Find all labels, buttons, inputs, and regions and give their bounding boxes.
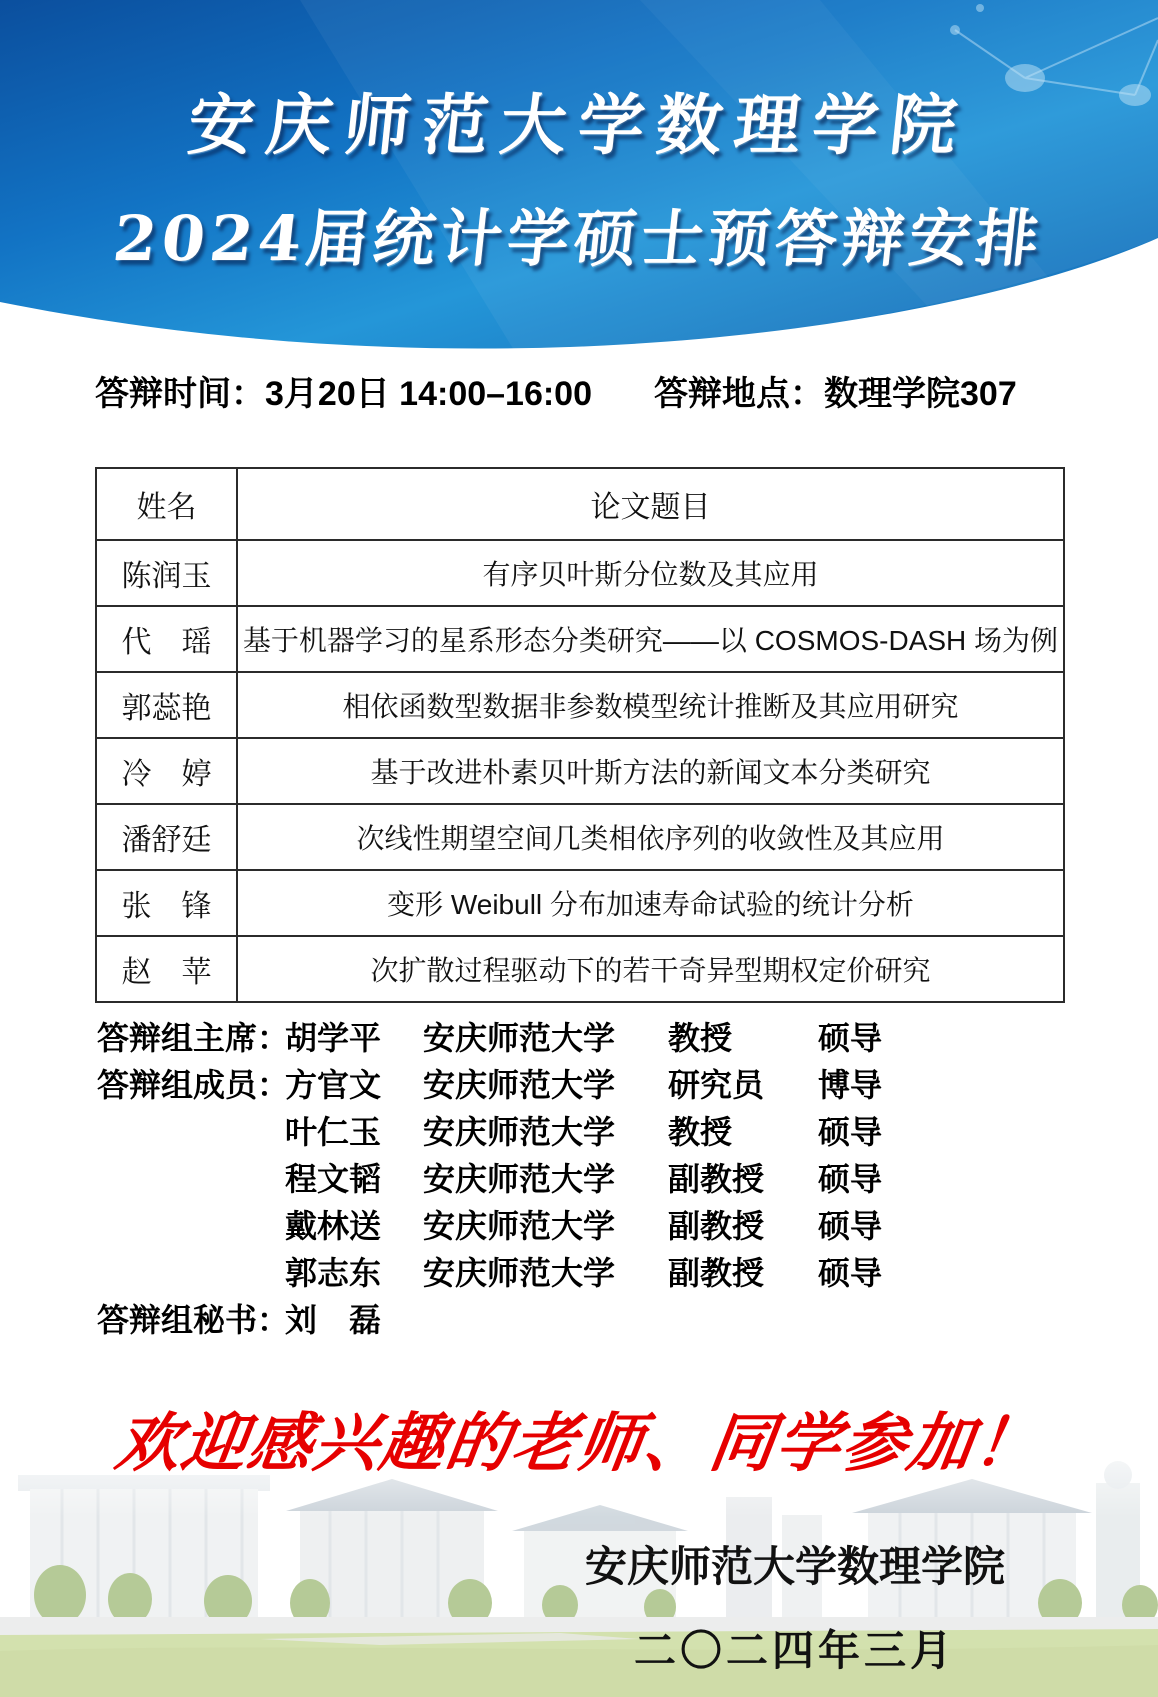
table-row: 冷 婷 基于改进朴素贝叶斯方法的新闻文本分类研究 [96, 738, 1064, 804]
committee-member-name: 方官文 [285, 1060, 423, 1106]
committee-member-affiliation: 安庆师范大学 [423, 1013, 668, 1059]
student-name: 张 锋 [96, 870, 237, 936]
committee-member-supervisor: 硕导 [818, 1154, 908, 1200]
committee-member-supervisor: 硕导 [818, 1201, 908, 1247]
committee-member-affiliation: 安庆师范大学 [423, 1154, 668, 1200]
committee-member-title: 研究员 [668, 1060, 818, 1106]
defense-location-label: 答辩地点： [654, 375, 824, 413]
student-name: 潘舒廷 [96, 804, 237, 870]
thesis-title: 基于改进朴素贝叶斯方法的新闻文本分类研究 [237, 738, 1064, 804]
committee-row: 答辩组秘书： 刘 磊 [97, 1294, 908, 1341]
table-row: 代 瑶 基于机器学习的星系形态分类研究——以 COSMOS-DASH 场为例 [96, 606, 1064, 672]
committee-row: 答辩组主席： 胡学平 安庆师范大学 教授 硕导 [97, 1012, 908, 1059]
committee-row: 叶仁玉 安庆师范大学 教授 硕导 [97, 1106, 908, 1153]
defense-time: 答辩时间：3月20日 14:00–16:00 [95, 366, 592, 415]
committee-member-name: 戴林送 [285, 1201, 423, 1247]
student-name: 郭蕊艳 [96, 672, 237, 738]
poster-title-line2: 2024届统计学硕士预答辩安排 [0, 189, 1158, 278]
header-titles: 安庆师范大学数理学院 2024届统计学硕士预答辩安排 [0, 0, 1158, 278]
committee-member-affiliation: 安庆师范大学 [423, 1201, 668, 1247]
column-header-title: 论文题目 [237, 468, 1064, 540]
committee-row: 答辩组成员： 方官文 安庆师范大学 研究员 博导 [97, 1059, 908, 1106]
welcome-message: 欢迎感兴趣的老师、同学参加！ [0, 1392, 1158, 1484]
thesis-title: 变形 Weibull 分布加速寿命试验的统计分析 [237, 870, 1064, 936]
committee-role-label: 答辩组成员： [97, 1060, 285, 1106]
committee-member-supervisor: 硕导 [818, 1248, 908, 1294]
thesis-title: 相依函数型数据非参数模型统计推断及其应用研究 [237, 672, 1064, 738]
defense-location-value: 数理学院307 [824, 375, 1017, 413]
committee-member-supervisor: 硕导 [818, 1107, 908, 1153]
defense-info-row: 答辩时间：3月20日 14:00–16:00 答辩地点：数理学院307 [95, 366, 1017, 415]
poster: 安庆师范大学数理学院 2024届统计学硕士预答辩安排 答辩时间：3月20日 14… [0, 0, 1158, 1697]
committee-row: 戴林送 安庆师范大学 副教授 硕导 [97, 1200, 908, 1247]
student-name: 陈润玉 [96, 540, 237, 606]
table-row: 张 锋 变形 Weibull 分布加速寿命试验的统计分析 [96, 870, 1064, 936]
table-header-row: 姓名 论文题目 [96, 468, 1064, 540]
defense-location: 答辩地点：数理学院307 [654, 366, 1017, 415]
thesis-table: 姓名 论文题目 陈润玉 有序贝叶斯分位数及其应用 代 瑶 基于机器学习的星系形态… [95, 467, 1065, 1003]
signature-date: 二〇二四年三月 [560, 1618, 1030, 1678]
thesis-title: 基于机器学习的星系形态分类研究——以 COSMOS-DASH 场为例 [237, 606, 1064, 672]
table-row: 陈润玉 有序贝叶斯分位数及其应用 [96, 540, 1064, 606]
committee-member-name: 胡学平 [285, 1013, 423, 1059]
committee-member-title: 副教授 [668, 1248, 818, 1294]
table-row: 赵 苹 次扩散过程驱动下的若干奇异型期权定价研究 [96, 936, 1064, 1002]
committee-member-affiliation: 安庆师范大学 [423, 1248, 668, 1294]
thesis-title: 次扩散过程驱动下的若干奇异型期权定价研究 [237, 936, 1064, 1002]
committee-member-supervisor: 博导 [818, 1060, 908, 1106]
committee-member-title: 副教授 [668, 1201, 818, 1247]
student-name: 冷 婷 [96, 738, 237, 804]
defense-time-label: 答辩时间： [95, 375, 265, 413]
committee-list: 答辩组主席： 胡学平 安庆师范大学 教授 硕导 答辩组成员： 方官文 安庆师范大… [97, 1012, 908, 1341]
thesis-title: 有序贝叶斯分位数及其应用 [237, 540, 1064, 606]
table-row: 潘舒廷 次线性期望空间几类相依序列的收敛性及其应用 [96, 804, 1064, 870]
committee-member-name: 郭志东 [285, 1248, 423, 1294]
committee-member-name: 刘 磊 [285, 1295, 423, 1341]
signature-organization: 安庆师范大学数理学院 [560, 1534, 1030, 1594]
committee-member-title: 教授 [668, 1013, 818, 1059]
committee-member-name: 程文韬 [285, 1154, 423, 1200]
committee-member-name: 叶仁玉 [285, 1107, 423, 1153]
signature-block: 安庆师范大学数理学院 二〇二四年三月 [560, 1534, 1030, 1678]
committee-member-title: 副教授 [668, 1154, 818, 1200]
committee-row: 郭志东 安庆师范大学 副教授 硕导 [97, 1247, 908, 1294]
committee-role-label: 答辩组主席： [97, 1013, 285, 1059]
committee-member-affiliation: 安庆师范大学 [423, 1060, 668, 1106]
table-row: 郭蕊艳 相依函数型数据非参数模型统计推断及其应用研究 [96, 672, 1064, 738]
committee-member-title: 教授 [668, 1107, 818, 1153]
poster-title-line1: 安庆师范大学数理学院 [0, 72, 1158, 167]
student-name: 代 瑶 [96, 606, 237, 672]
defense-time-value: 3月20日 14:00–16:00 [265, 375, 592, 413]
student-name: 赵 苹 [96, 936, 237, 1002]
committee-member-affiliation: 安庆师范大学 [423, 1107, 668, 1153]
committee-role-label: 答辩组秘书： [97, 1295, 285, 1341]
committee-row: 程文韬 安庆师范大学 副教授 硕导 [97, 1153, 908, 1200]
column-header-name: 姓名 [96, 468, 237, 540]
committee-member-supervisor: 硕导 [818, 1013, 908, 1059]
thesis-title: 次线性期望空间几类相依序列的收敛性及其应用 [237, 804, 1064, 870]
